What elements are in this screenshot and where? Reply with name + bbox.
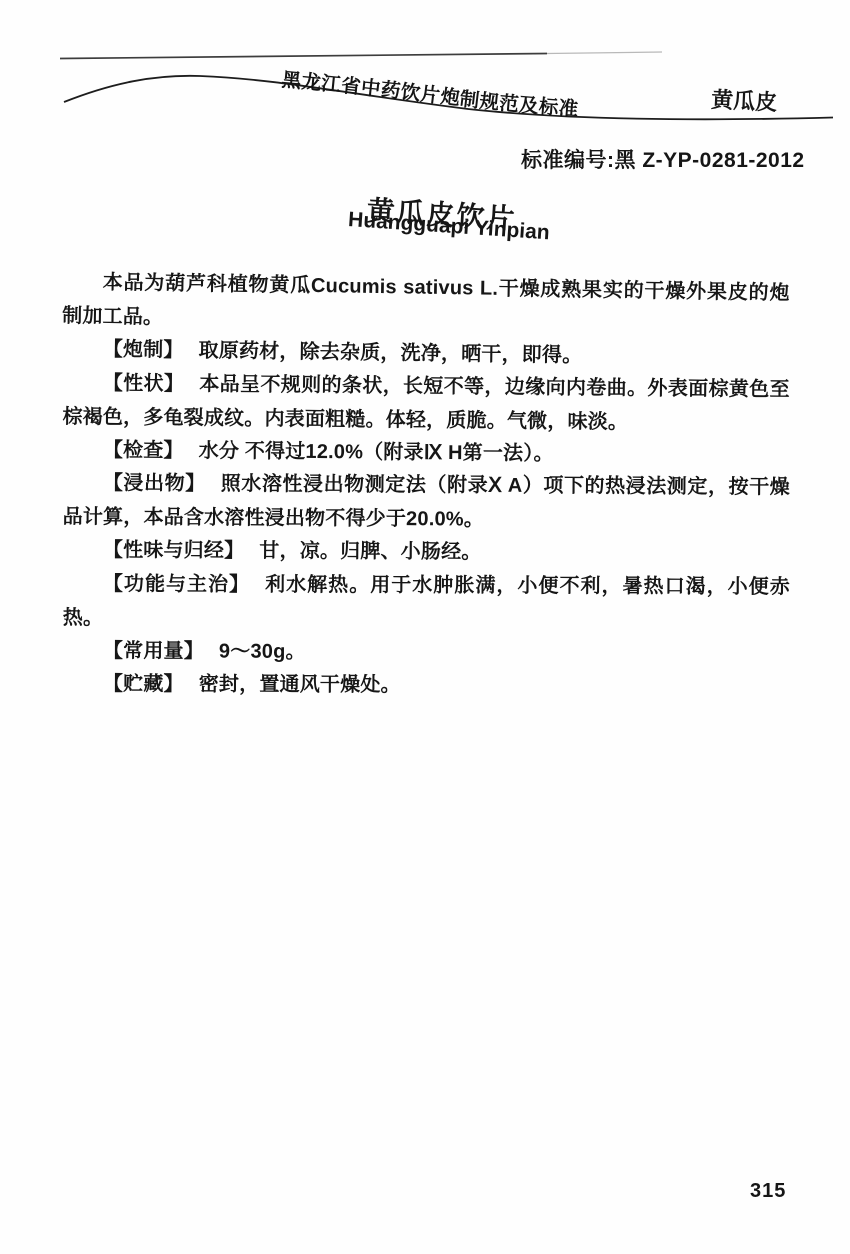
- section-label: 【检查】: [103, 439, 184, 462]
- section-paragraph-gongneng-zhuzhi: 【功能与主治】利水解热。用于水肿胀满，小便不利，暑热口渴，小便赤热。: [63, 568, 790, 638]
- section-label: 【功能与主治】: [103, 573, 250, 596]
- page-header: 黑龙江省中药饮片炮制规范及标准: [0, 0, 850, 140]
- section-text: 密封，置通风干燥处。: [199, 673, 401, 696]
- section-text: 取原药材，除去杂质，洗净，晒干，即得。: [198, 340, 582, 367]
- section-text: 水分 不得过12.0%（附录Ⅸ H第一法）。: [199, 440, 554, 465]
- running-header-text: 黑龙江省中药饮片炮制规范及标准: [281, 69, 580, 121]
- header-corner-label: 黄瓜皮: [711, 83, 778, 117]
- intro-paragraph: 本品为葫芦科植物黄瓜Cucumis sativus L.干燥成熟果实的干燥外果皮…: [62, 266, 790, 344]
- section-paragraph-jinchuwu: 【浸出物】照水溶性浸出物测定法（附录Ⅹ A）项下的热浸法测定，按干燥品计算，本品…: [63, 467, 790, 538]
- section-paragraph-xingwei-guijing: 【性味与归经】甘，凉。归脾、小肠经。: [63, 534, 790, 571]
- section-label: 【性味与归经】: [103, 539, 245, 562]
- section-label: 【炮制】: [103, 339, 184, 362]
- section-text: 9～30g。: [219, 640, 306, 662]
- section-label: 【贮藏】: [103, 673, 184, 695]
- section-paragraph-xingzhuang: 【性状】本品呈不规则的条状，长短不等，边缘向内卷曲。外表面棕黄色至棕褐色，多龟裂…: [62, 367, 790, 441]
- section-label: 【性状】: [103, 372, 185, 395]
- section-label: 【浸出物】: [103, 472, 206, 495]
- scanned-page: 黑龙江省中药饮片炮制规范及标准 黄瓜皮 标准编号:黑 Z-YP-0281-201…: [0, 0, 850, 1254]
- standard-number: 标准编号:黑 Z-YP-0281-2012: [521, 144, 805, 174]
- section-paragraph-changyongliang: 【常用量】9～30g。: [63, 635, 790, 671]
- header-rule-top: [60, 54, 547, 59]
- page-number: 315: [750, 1180, 786, 1203]
- section-paragraph-zhucang: 【贮藏】密封，置通风干燥处。: [63, 668, 790, 704]
- header-rule-top-faint: [547, 52, 662, 54]
- document-body: 本品为葫芦科植物黄瓜Cucumis sativus L.干燥成熟果实的干燥外果皮…: [63, 266, 790, 702]
- section-label: 【常用量】: [103, 640, 204, 662]
- section-text: 甘，凉。归脾、小肠经。: [259, 540, 481, 563]
